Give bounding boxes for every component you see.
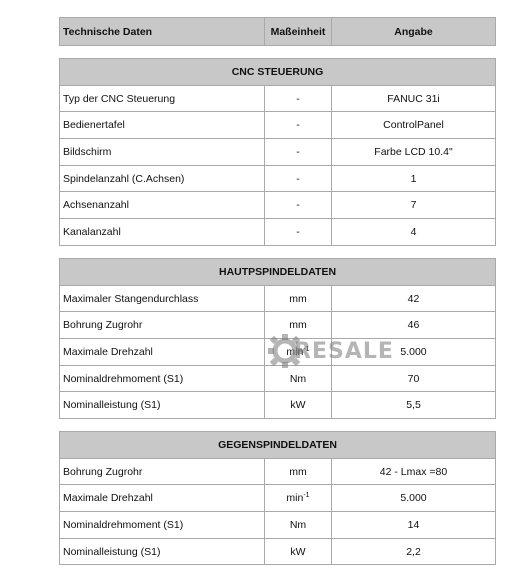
spec-name: Bildschirm	[60, 139, 265, 166]
spec-unit: mm	[265, 312, 332, 339]
section-hauptspindeldaten: HAUTPSPINDELDATENMaximaler Stangendurchl…	[59, 258, 496, 419]
table-row: Maximale Drehzahlmin-15.000	[60, 485, 496, 512]
spec-name: Nominaldrehmoment (S1)	[60, 512, 265, 539]
unit-superscript: -1	[303, 492, 309, 499]
spec-value: FANUC 31i	[332, 85, 496, 112]
spec-name: Spindelanzahl (C.Achsen)	[60, 165, 265, 192]
unit-text: -	[296, 146, 300, 158]
unit-text: -	[296, 173, 300, 185]
spec-value: 70	[332, 365, 496, 392]
section-header: GEGENSPINDELDATEN	[60, 432, 496, 459]
header-masseinheit: Maßeinheit	[265, 18, 332, 46]
unit-text: kW	[290, 546, 305, 558]
unit-text: -	[296, 119, 300, 131]
spec-unit: min-1	[265, 485, 332, 512]
section-header: CNC STEUERUNG	[60, 59, 496, 86]
spec-unit: -	[265, 112, 332, 139]
spec-unit: kW	[265, 392, 332, 419]
spec-name: Bedienertafel	[60, 112, 265, 139]
spec-unit: Nm	[265, 365, 332, 392]
section-cnc-steuerung: CNC STEUERUNGTyp der CNC Steuerung-FANUC…	[59, 58, 496, 246]
spec-value: 5.000	[332, 339, 496, 366]
spec-value: 7	[332, 192, 496, 219]
section-gegenspindeldaten: GEGENSPINDELDATENBohrung Zugrohrmm42 - L…	[59, 431, 496, 565]
spec-value: Farbe LCD 10.4"	[332, 139, 496, 166]
table-row: Bohrung Zugrohrmm46	[60, 312, 496, 339]
spec-value: 4	[332, 219, 496, 246]
spec-unit: -	[265, 192, 332, 219]
spec-value: 1	[332, 165, 496, 192]
spec-value: 14	[332, 512, 496, 539]
spec-name: Bohrung Zugrohr	[60, 312, 265, 339]
table-row: Bedienertafel-ControlPanel	[60, 112, 496, 139]
spec-unit: -	[265, 139, 332, 166]
spec-unit: -	[265, 85, 332, 112]
spec-unit: kW	[265, 538, 332, 565]
table-row: Bohrung Zugrohrmm42 - Lmax =80	[60, 458, 496, 485]
unit-text: -	[296, 226, 300, 238]
spec-name: Maximale Drehzahl	[60, 339, 265, 366]
table-row: Achsenanzahl-7	[60, 192, 496, 219]
spec-name: Nominalleistung (S1)	[60, 392, 265, 419]
table-row: Spindelanzahl (C.Achsen)-1	[60, 165, 496, 192]
spec-name: Achsenanzahl	[60, 192, 265, 219]
spec-unit: -	[265, 165, 332, 192]
unit-superscript: -1	[303, 346, 309, 353]
unit-text: -	[296, 93, 300, 105]
table-row: Bildschirm-Farbe LCD 10.4"	[60, 139, 496, 166]
spec-value: 5,5	[332, 392, 496, 419]
spec-value: ControlPanel	[332, 112, 496, 139]
spec-value: 5.000	[332, 485, 496, 512]
unit-text: mm	[289, 319, 307, 331]
spec-value: 42 - Lmax =80	[332, 458, 496, 485]
section-header: HAUTPSPINDELDATEN	[60, 259, 496, 286]
unit-text: -	[296, 199, 300, 211]
unit-text: min	[286, 492, 303, 504]
spec-value: 2,2	[332, 538, 496, 565]
unit-text: kW	[290, 399, 305, 411]
column-header-row: Technische Daten Maßeinheit Angabe	[60, 18, 496, 46]
section-title: CNC STEUERUNG	[60, 59, 496, 86]
spec-name: Bohrung Zugrohr	[60, 458, 265, 485]
header-technische-daten: Technische Daten	[60, 18, 265, 46]
spec-unit: mm	[265, 285, 332, 312]
spec-unit: -	[265, 219, 332, 246]
unit-text: Nm	[290, 373, 306, 385]
spec-unit: min-1	[265, 339, 332, 366]
spec-name: Maximaler Stangendurchlass	[60, 285, 265, 312]
section-title: HAUTPSPINDELDATEN	[60, 259, 496, 286]
table-row: Maximaler Stangendurchlassmm42	[60, 285, 496, 312]
spec-name: Nominaldrehmoment (S1)	[60, 365, 265, 392]
header-angabe: Angabe	[332, 18, 496, 46]
unit-text: mm	[289, 293, 307, 305]
table-row: Typ der CNC Steuerung-FANUC 31i	[60, 85, 496, 112]
table-row: Kanalanzahl-4	[60, 219, 496, 246]
spec-name: Typ der CNC Steuerung	[60, 85, 265, 112]
spec-name: Kanalanzahl	[60, 219, 265, 246]
table-row: Nominaldrehmoment (S1)Nm14	[60, 512, 496, 539]
spec-unit: mm	[265, 458, 332, 485]
table-row: Nominaldrehmoment (S1)Nm70	[60, 365, 496, 392]
spec-name: Nominalleistung (S1)	[60, 538, 265, 565]
table-row: Nominalleistung (S1)kW2,2	[60, 538, 496, 565]
unit-text: mm	[289, 466, 307, 478]
spec-value: 46	[332, 312, 496, 339]
unit-text: min	[286, 346, 303, 358]
spec-value: 42	[332, 285, 496, 312]
unit-text: Nm	[290, 519, 306, 531]
table-row: Maximale Drehzahlmin-15.000	[60, 339, 496, 366]
table-row: Nominalleistung (S1)kW5,5	[60, 392, 496, 419]
spec-unit: Nm	[265, 512, 332, 539]
spec-name: Maximale Drehzahl	[60, 485, 265, 512]
section-title: GEGENSPINDELDATEN	[60, 432, 496, 459]
column-header-table: Technische Daten Maßeinheit Angabe	[59, 17, 496, 46]
